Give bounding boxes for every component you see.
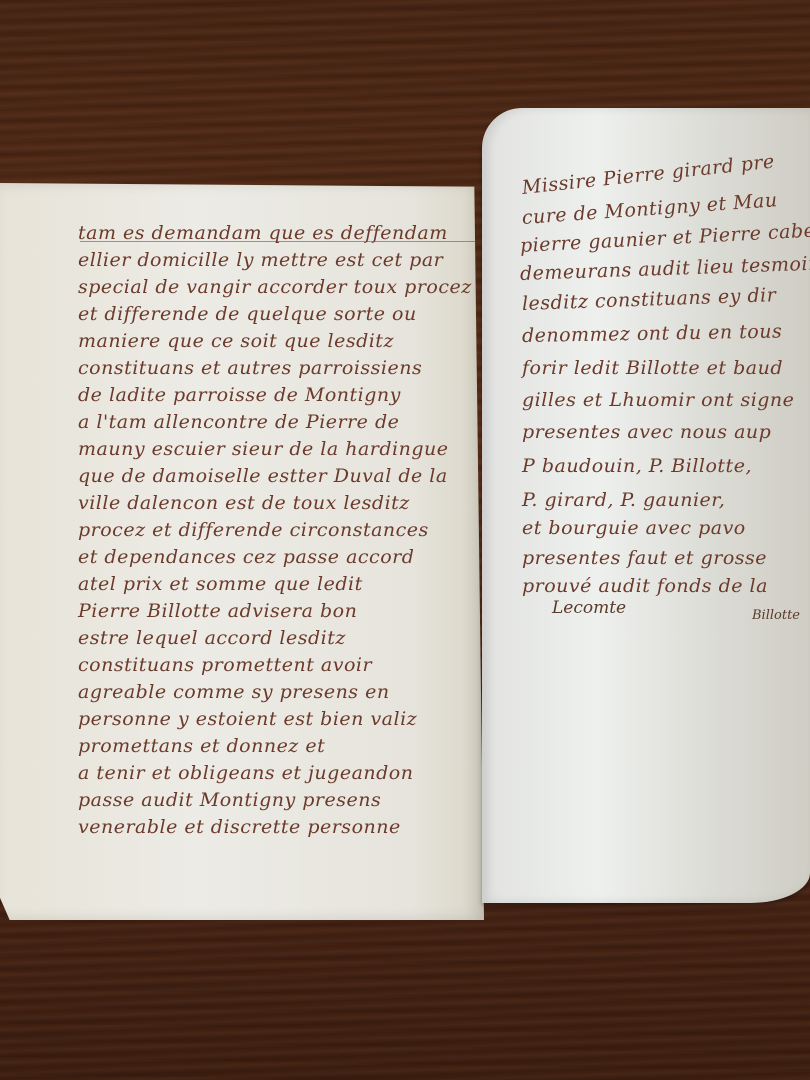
right-line: denommez ont du en tous xyxy=(522,331,782,336)
signature-billotte: Billotte xyxy=(752,608,800,623)
right-line: Missire Pierre girard pre xyxy=(522,161,775,188)
right-line: pierre gaunier et Pierre cabe xyxy=(520,231,810,246)
manuscript-right-page: Missire Pierre girard pre cure de Montig… xyxy=(482,108,810,903)
right-line: demeurans audit lieu tesmoins xyxy=(520,263,810,274)
signature-lecomte: Lecomte xyxy=(552,598,626,618)
manuscript-left-page: tam es demandam que es deffendam ellier … xyxy=(0,183,484,920)
right-line: cure de Montigny et Mau xyxy=(522,200,778,218)
right-line: lesditz constituans ey dir xyxy=(522,295,776,304)
